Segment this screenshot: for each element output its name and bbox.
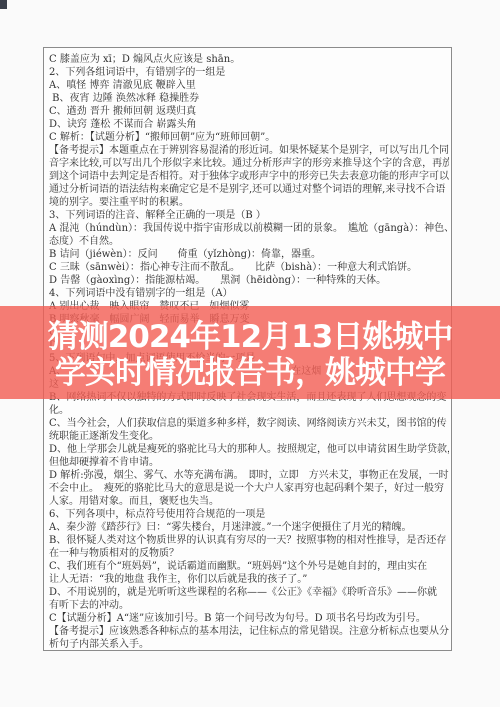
- document-line: 但他却硬撑着不肯申请。: [49, 456, 449, 469]
- overlay-title-banner: 猜测2024年12月13日姚城中 学实时情况报告书，姚城中学: [0, 306, 500, 399]
- document-line: B 诘问（jiéwèn）：反问 倚重（yǐzhòng)：倚靠，器重。: [49, 248, 449, 261]
- document-line: D、他上学那会儿就是瘦死的骆驼比马大的那种人。按照规定，他可以申请贫困生助学贷款…: [49, 443, 449, 456]
- document-line: 析句子内部关系入手。: [49, 638, 449, 651]
- scan-corner-artifact: [0, 0, 7, 9]
- document-line: A、嗔怪 博弈 清澈见底 鞭辟入里: [49, 79, 449, 92]
- document-line: 4、下列词语中没有错别字的一组是（A）: [49, 287, 449, 300]
- document-line: 境的别字。要注重平时的积累。: [49, 196, 449, 209]
- document-line: 2、下列各组词语中，有错别字的一组是: [49, 66, 449, 79]
- banner-title-line-1: 猜测2024年12月13日姚城中: [48, 319, 453, 355]
- document-line: D、诀窍 蓬松 不谋而合 崭露头角: [49, 118, 449, 131]
- document-line: C、我们班有个“班妈妈”，说话霸道而幽默。“班妈妈”这个外号是她自封的，理由实在: [49, 560, 449, 573]
- document-line: 【备考提示】本题重点在于辨别容易混淆的形近词。如果怀疑某个是别字，可以写出几个同: [49, 144, 449, 157]
- document-line: 态度）不自然。: [49, 235, 449, 248]
- document-line: 有听下去的冲动。: [49, 599, 449, 612]
- document-line: 通过分析词语的语法结构来确定它是不是别字,还可以通过对整个词语的理解,来寻找不合…: [49, 183, 449, 196]
- document-line: 不会中止。 瘦死的骆驼比马大的意思是说一个大户人家再穷也起码剩个架子，好过一般穷: [49, 482, 449, 495]
- document-line: C 三昧（sānwèi）：指心神专注而不散乱。 比萨（bishà）：一种意大利式…: [49, 261, 449, 274]
- document-line: D 解析:弥漫，烟尘、雾气、水等充满布满。 即时，立即 方兴未艾，事物正在发展，…: [49, 469, 449, 482]
- document-line: 到这个词语中去判定是否相符。对于独体字或形声字中的形旁已失去表意功能的形声字可以: [49, 170, 449, 183]
- document-line: 音字来比较,可以写出几个形似字来比较。通过分析形声字的形旁来推导这个字的含意，再…: [49, 157, 449, 170]
- document-line: A 混沌（húndùn）：我国传说中指宇宙形成以前模糊一团的景象。 尴尬（gān…: [49, 222, 449, 235]
- document-line: B、很怀疑人类对这个物质世界的认识真有穷尽的一天？按照事物的相对性推导，是否还存: [49, 534, 449, 547]
- document-line: D 告罄（gàoxìng）：指能源枯竭。 黑洞（hēidòng）：一种特殊的天体…: [49, 274, 449, 287]
- banner-title-line-2: 学实时情况报告书，姚城中学: [55, 355, 445, 391]
- document-line: 统职能正逐渐发生变化。: [49, 430, 449, 443]
- document-line: 3、下列词语的注音、解释全正确的一项是（B ）: [49, 209, 449, 222]
- document-line: D、不用说别的，就是光听听这些课程的名称——《公正》《幸福》《聆听音乐》——你就: [49, 586, 449, 599]
- document-line: B、夜宵 边陲 涣然冰释 稳操胜券: [49, 92, 449, 105]
- document-line: C 解析：【试题分析】“搬师回朝”应为“班师回朝”。: [49, 131, 449, 144]
- document-line: 【备考提示】应该熟悉各种标点的基本用法，记住标点的常见错误。注意分析标点也要从分: [49, 625, 449, 638]
- document-line: 让人无语：“我的地盘 我作主，你们以后就是我的孩子了。”: [49, 573, 449, 586]
- document-line: C【试题分析】A“迷”应该加引号。B 第一个问号改为句号。D 项书名号均改为引号…: [49, 612, 449, 625]
- document-line: 化。: [49, 404, 449, 417]
- document-line: 人家。用错对象。而且，褒贬也失当。: [49, 495, 449, 508]
- document-line: A、秦少游《踏莎行》曰：“雾失楼台，月迷津渡。”一个迷字便摄住了月光的精魄。: [49, 521, 449, 534]
- screenshot-root: C 膝盖应为 xī；D 煽风点火应该是 shān。 2、下列各组词语中，有错别字…: [0, 0, 500, 707]
- document-line: C、遒劲 晋升 搬师回朝 返璞归真: [49, 105, 449, 118]
- document-line: 6、下列各项中，标点符号使用符合规范的一项是: [49, 508, 449, 521]
- document-line: 在一种与物质相对的反物质？: [49, 547, 449, 560]
- document-line: C、当今社会，人们获取信息的渠道多种多样，数字阅读、网络阅读方兴未艾，图书馆的传: [49, 417, 449, 430]
- document-line: C 膝盖应为 xī；D 煽风点火应该是 shān。: [49, 53, 449, 66]
